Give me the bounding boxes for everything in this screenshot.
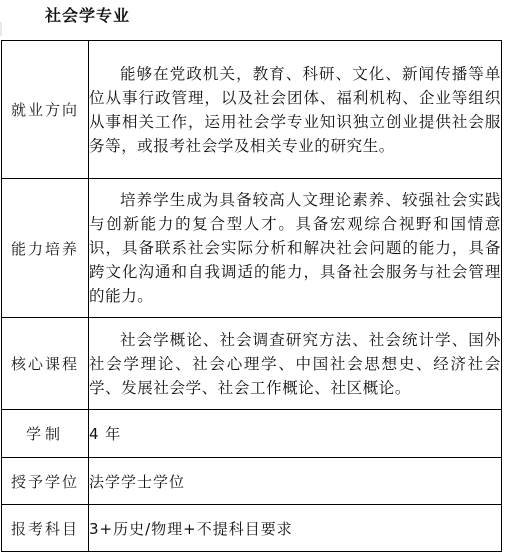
- major-info-table: 就业方向 能够在党政机关，教育、科研、文化、新闻传播等单位从事行政管理，以及社会…: [1, 40, 502, 552]
- row-content-core-courses: 社会学概论、社会调查研究方法、社会统计学、国外社会学理论、社会心理学、中国社会思…: [89, 318, 502, 410]
- row-label-ability: 能力培养: [2, 179, 89, 318]
- row-content-exam-subjects: 3+历史/物理+不提科目要求: [89, 505, 502, 552]
- table-row-ability: 能力培养 培养学生成为具备较高人文理论素养、较强社会实践与创新能力的复合型人才。…: [2, 179, 502, 318]
- row-content-employment: 能够在党政机关，教育、科研、文化、新闻传播等单位从事行政管理，以及社会团体、福利…: [89, 41, 502, 179]
- row-label-degree: 授予学位: [2, 458, 89, 505]
- table-row-employment: 就业方向 能够在党政机关，教育、科研、文化、新闻传播等单位从事行政管理，以及社会…: [2, 41, 502, 179]
- employment-text: 能够在党政机关，教育、科研、文化、新闻传播等单位从事行政管理，以及社会团体、福利…: [89, 62, 501, 158]
- row-label-exam-subjects: 报考科目: [2, 505, 89, 552]
- row-label-duration: 学制: [2, 410, 89, 458]
- table-row-exam-subjects: 报考科目 3+历史/物理+不提科目要求: [2, 505, 502, 552]
- page-title: 社会学专业: [45, 5, 130, 27]
- core-courses-text: 社会学概论、社会调查研究方法、社会统计学、国外社会学理论、社会心理学、中国社会思…: [89, 328, 501, 400]
- page-edge-mark: [0, 22, 2, 36]
- row-label-core-courses: 核心课程: [2, 318, 89, 410]
- row-content-duration: 4 年: [89, 410, 502, 458]
- row-label-employment: 就业方向: [2, 41, 89, 179]
- table-row-degree: 授予学位 法学学士学位: [2, 458, 502, 505]
- ability-text: 培养学生成为具备较高人文理论素养、较强社会实践与创新能力的复合型人才。具备宏观综…: [89, 188, 501, 308]
- row-content-degree: 法学学士学位: [89, 458, 502, 505]
- table-row-duration: 学制 4 年: [2, 410, 502, 458]
- row-content-ability: 培养学生成为具备较高人文理论素养、较强社会实践与创新能力的复合型人才。具备宏观综…: [89, 179, 502, 318]
- table-row-core-courses: 核心课程 社会学概论、社会调查研究方法、社会统计学、国外社会学理论、社会心理学、…: [2, 318, 502, 410]
